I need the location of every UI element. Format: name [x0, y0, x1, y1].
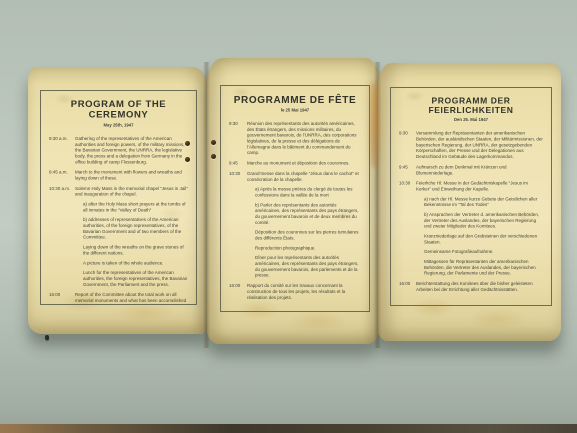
- page-content: PROGRAM OF THE CEREMONY May 25th, 1947 9…: [43, 93, 194, 302]
- program-page-english: PROGRAM OF THE CEREMONY May 25th, 1947 9…: [28, 67, 208, 334]
- entry-text: Feierliche Hl. Messe in der Gedächtniska…: [416, 181, 543, 193]
- program-entry: 10:30Feierliche Hl. Messe in der Gedächt…: [399, 181, 543, 277]
- page-title: PROGRAM OF THE CEREMONY: [49, 100, 188, 121]
- page-date: Den 25. Mai 1947: [399, 117, 543, 123]
- entry-body: Feierliche Hl. Messe in der Gedächtniska…: [416, 181, 543, 277]
- page-content: PROGRAMME DE FÊTE le 25 Mai 1947 9:30Réu…: [223, 88, 367, 309]
- program-entry: 9:30Versammlung der Repräsentanten der a…: [399, 131, 543, 160]
- punch-hole: [185, 141, 190, 146]
- entry-body: Berichterstattung des Komitees über die …: [416, 281, 543, 293]
- entry-text: Lunch for the representatives of the Ame…: [83, 270, 188, 288]
- program-entry: 9:45Aufmarsch zu dem Denkmal mit Kränzen…: [399, 164, 543, 176]
- entry-body: Rapport du comité sur les travaux concer…: [247, 283, 361, 301]
- entry-text: Gathering of the representatives of the …: [75, 136, 188, 165]
- program-page-french: PROGRAMME DE FÊTE le 25 Mai 1947 9:30Réu…: [207, 58, 379, 344]
- entry-time: 10:30: [399, 181, 416, 277]
- program-entry: 9:45 a.m.March to the monument with flow…: [49, 170, 188, 182]
- entry-time: 16:00: [49, 292, 75, 302]
- entry-text: Aufmarsch zu dem Denkmal mit Kränzen und…: [416, 164, 543, 176]
- table-edge: [0, 424, 577, 433]
- entry-body: Marche au monument et déposition des cou…: [247, 161, 361, 167]
- punch-hole: [211, 140, 216, 145]
- entry-body: March to the monument with flowers and w…: [75, 170, 188, 182]
- entry-text: Réunion des représentants des autorités …: [247, 121, 361, 156]
- punch-hole: [185, 157, 190, 162]
- entry-text: b) addresses of representatives of the A…: [83, 217, 188, 240]
- page-title: PROGRAMME DE FÊTE: [229, 95, 361, 106]
- program-page-german: PROGRAMM DER FEIERLICHKEITEN Den 25. Mai…: [378, 63, 561, 341]
- page-content: PROGRAMM DER FEIERLICHKEITEN Den 25. Mai…: [393, 90, 549, 303]
- entry-time: 16:00: [399, 281, 416, 293]
- entry-text: Solemn Holy Mass in the memorial chapel …: [75, 186, 188, 198]
- entry-body: Réunion des représentants des autorités …: [247, 121, 361, 156]
- page-date: May 25th, 1947: [49, 122, 188, 128]
- entry-text: March to the monument with flowers and w…: [75, 170, 188, 182]
- program-entries: 9:30 a.m.Gathering of the representative…: [49, 136, 188, 302]
- entry-text: b) Ansprachen der Vertreter d. amerikani…: [424, 212, 543, 230]
- entry-body: Solemn Holy Mass in the memorial chapel …: [75, 186, 188, 288]
- entry-text: Rapport du comité sur les travaux concer…: [247, 283, 361, 301]
- entry-text: Kranzniederlage auf den Grabsteinen der …: [424, 234, 543, 246]
- entry-time: 16:00: [229, 283, 247, 301]
- entry-text: Marche au monument et déposition des cou…: [247, 161, 361, 167]
- entry-text: a) Après la messe prières du clergé de t…: [255, 187, 361, 199]
- page-border-frame: PROGRAMME DE FÊTE le 25 Mai 1947 9:30Réu…: [220, 85, 370, 312]
- entry-time: 9:45 a.m.: [49, 170, 75, 182]
- entry-text: Grand’messe dans la chapelle “Jésus dans…: [247, 171, 361, 183]
- entry-time: 9:45: [229, 161, 247, 167]
- entry-text: Déposition des couronnes sur les pierres…: [255, 230, 361, 242]
- entry-time: 9:30: [229, 121, 247, 156]
- entry-time: 10:30 a.m.: [49, 186, 75, 288]
- program-entry: 16:00Berichterstattung des Komitees über…: [399, 281, 543, 293]
- entry-text: Gemeinsame Fotografieaufnahme.: [424, 249, 543, 255]
- punch-hole: [211, 154, 216, 159]
- entry-time: 9:45: [399, 164, 416, 176]
- entry-text: Mittagessen für Repräsentanten der ameri…: [424, 259, 543, 277]
- entry-text: a) nach der Hl. Messe kurze Gebete der G…: [424, 196, 543, 208]
- program-entry: 16:00Rapport du comité sur les travaux c…: [229, 283, 361, 301]
- entry-body: Aufmarsch zu dem Denkmal mit Kränzen und…: [416, 164, 543, 176]
- table-speck: [45, 335, 49, 340]
- program-entry: 16:00Report of the Committee about the t…: [49, 292, 188, 302]
- entry-text: Versammlung der Repräsentanten der ameri…: [416, 131, 543, 160]
- page-border-frame: PROGRAMM DER FEIERLICHKEITEN Den 25. Mai…: [390, 87, 552, 306]
- entry-text: Report of the Committee about the total …: [75, 292, 188, 302]
- entry-text: a) after the Holy Mass short prayers at …: [83, 202, 188, 214]
- entry-time: 9:30 a.m.: [49, 136, 75, 165]
- program-entries: 9:30Réunion des représentants des autori…: [229, 121, 361, 301]
- entry-body: Grand’messe dans la chapelle “Jésus dans…: [247, 171, 361, 279]
- page-border-frame: PROGRAM OF THE CEREMONY May 25th, 1947 9…: [40, 90, 197, 305]
- entry-text: A picture is taken of the whole audience…: [83, 260, 188, 266]
- entry-text: b) Parler des représentants des autorité…: [255, 202, 361, 225]
- page-title: PROGRAMM DER FEIERLICHKEITEN: [399, 97, 543, 116]
- entry-body: Report of the Committee about the total …: [75, 292, 188, 302]
- photo-scene: PROGRAM OF THE CEREMONY May 25th, 1947 9…: [0, 0, 577, 433]
- program-entry: 9:30Réunion des représentants des autori…: [229, 121, 361, 156]
- program-entry: 9:45Marche au monument et déposition des…: [229, 161, 361, 167]
- entry-time: 9:30: [399, 131, 416, 160]
- entry-text: Laying down of the wreaths on the grave …: [83, 245, 188, 257]
- page-date: le 25 Mai 1947: [229, 108, 361, 114]
- entry-text: Berichterstattung des Komitees über die …: [416, 281, 543, 293]
- entry-text: Reproduction photographique.: [255, 245, 361, 251]
- program-entry: 10:30 a.m.Solemn Holy Mass in the memori…: [49, 186, 188, 288]
- program-entry: 9:30 a.m.Gathering of the representative…: [49, 136, 188, 165]
- entry-text: Dîner pour les représentants des autorit…: [255, 255, 361, 278]
- program-entry: 10:30Grand’messe dans la chapelle “Jésus…: [229, 171, 361, 279]
- entry-time: 10:30: [229, 171, 247, 279]
- entry-body: Gathering of the representatives of the …: [75, 136, 188, 165]
- entry-body: Versammlung der Repräsentanten der ameri…: [416, 131, 543, 160]
- program-entries: 9:30Versammlung der Repräsentanten der a…: [399, 131, 543, 293]
